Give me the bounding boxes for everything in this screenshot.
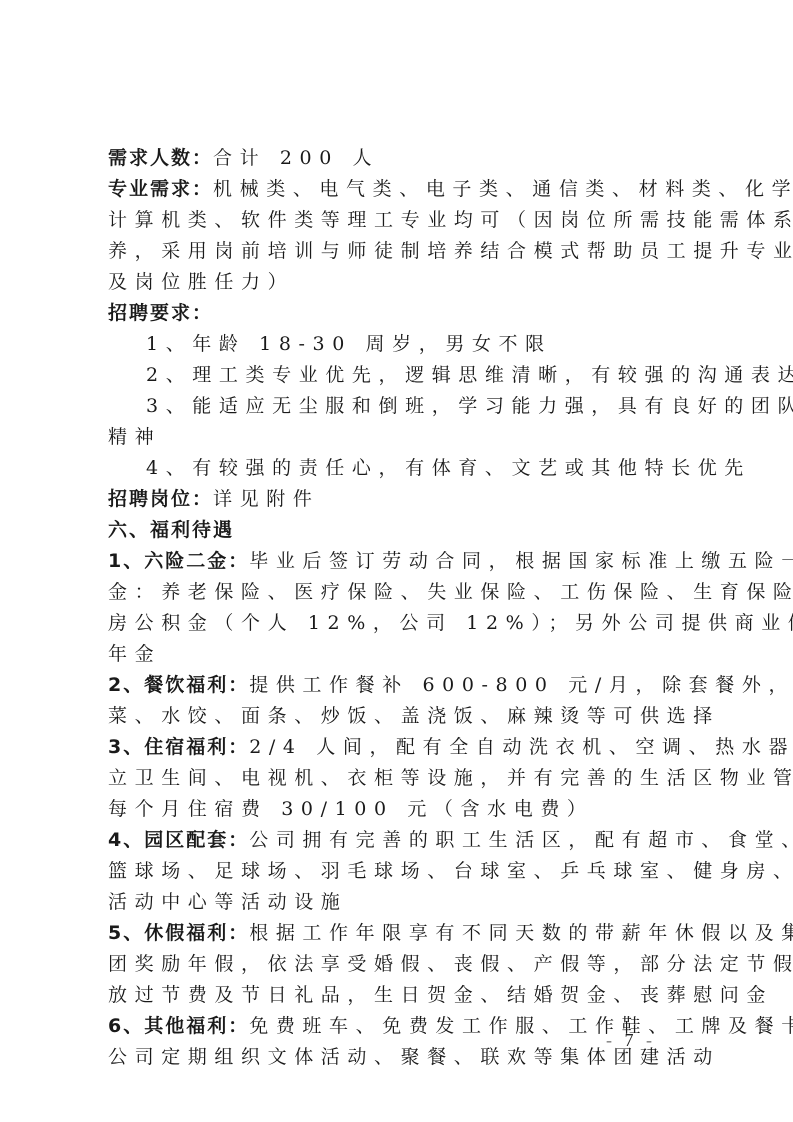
benefit-text-line: 金：养老保险、医疗保险、失业保险、工伤保险、生育保险、住: [108, 577, 700, 608]
benefit-label: 1、六险二金：: [108, 550, 249, 572]
benefit-label: 6、其他福利：: [108, 1015, 249, 1037]
majors-line: 计算机类、软件类等理工专业均可（因岗位所需技能需体系化培: [108, 205, 700, 236]
benefit-text: 根据工作年限享有不同天数的带薪年休假以及集: [249, 922, 793, 944]
benefit-label: 4、园区配套：: [108, 829, 249, 851]
page-number-value: 7: [625, 1030, 638, 1050]
page-number-dash: -: [606, 1030, 616, 1050]
majors-label: 专业需求：: [108, 178, 213, 200]
benefit-label: 2、餐饮福利：: [108, 674, 249, 696]
benefit-text-line: 团奖励年假，依法享受婚假、丧假、产假等，部分法定节假日发: [108, 949, 700, 980]
document-body: 需求人数：合计 200 人 专业需求：机械类、电气类、电子类、通信类、材料类、化…: [108, 143, 700, 1073]
headcount-label: 需求人数：: [108, 147, 213, 169]
requirement-item: 1、年龄 18-30 周岁，男女不限: [108, 329, 700, 360]
benefit-text: 毕业后签订劳动合同，根据国家标准上缴五险一: [249, 550, 793, 572]
benefit-text-line: 菜、水饺、面条、炒饭、盖浇饭、麻辣烫等可供选择: [108, 701, 700, 732]
benefit-text: 2/4 人间，配有全自动洗衣机、空调、热水器、独: [249, 736, 793, 758]
benefit-text-line: 年金: [108, 639, 700, 670]
requirements-label: 招聘要求：: [108, 298, 700, 329]
benefit-text-line: 活动中心等活动设施: [108, 887, 700, 918]
requirement-item-continued: 精神: [108, 422, 700, 453]
benefit-item: 4、园区配套：公司拥有完善的职工生活区，配有超市、食堂、: [108, 825, 700, 856]
benefit-text-line: 立卫生间、电视机、衣柜等设施，并有完善的生活区物业管理，: [108, 763, 700, 794]
requirement-item: 2、理工类专业优先，逻辑思维清晰，有较强的沟通表达能力: [108, 360, 700, 391]
benefit-text: 提供工作餐补 600-800 元/月，除套餐外，有精品: [249, 674, 793, 696]
benefit-label: 3、住宿福利：: [108, 736, 249, 758]
majors-line: 专业需求：机械类、电气类、电子类、通信类、材料类、化学类、: [108, 174, 700, 205]
majors-line: 养，采用岗前培训与师徒制培养结合模式帮助员工提升专业技能: [108, 236, 700, 267]
benefit-item: 3、住宿福利：2/4 人间，配有全自动洗衣机、空调、热水器、独: [108, 732, 700, 763]
positions-line: 招聘岗位：详见附件: [108, 484, 700, 515]
headcount-text: 合计 200 人: [213, 147, 379, 169]
benefit-item: 1、六险二金：毕业后签订劳动合同，根据国家标准上缴五险一: [108, 546, 700, 577]
majors-text: 机械类、电气类、电子类、通信类、材料类、化学类、: [213, 178, 793, 200]
positions-text: 详见附件: [213, 488, 319, 510]
headcount-line: 需求人数：合计 200 人: [108, 143, 700, 174]
benefit-text: 免费班车、免费发工作服、工作鞋、工牌及餐卡，: [249, 1015, 793, 1037]
positions-label: 招聘岗位：: [108, 488, 213, 510]
page-number-dash: -: [646, 1030, 656, 1050]
benefit-text-line: 放过节费及节日礼品，生日贺金、结婚贺金、丧葬慰问金: [108, 980, 700, 1011]
benefit-text-line: 篮球场、足球场、羽毛球场、台球室、乒乓球室、健身房、员工: [108, 856, 700, 887]
benefit-label: 5、休假福利：: [108, 922, 249, 944]
benefit-item: 2、餐饮福利：提供工作餐补 600-800 元/月，除套餐外，有精品: [108, 670, 700, 701]
benefit-text-line: 每个月住宿费 30/100 元（含水电费）: [108, 794, 700, 825]
benefits-heading: 六、福利待遇: [108, 515, 700, 546]
majors-line: 及岗位胜任力）: [108, 267, 700, 298]
requirement-item: 3、能适应无尘服和倒班，学习能力强，具有良好的团队合作: [108, 391, 700, 422]
benefit-item: 5、休假福利：根据工作年限享有不同天数的带薪年休假以及集: [108, 918, 700, 949]
requirement-item: 4、有较强的责任心，有体育、文艺或其他特长优先: [108, 453, 700, 484]
page-number: - 7 -: [606, 1030, 656, 1051]
benefit-text: 公司拥有完善的职工生活区，配有超市、食堂、: [249, 829, 793, 851]
benefit-text-line: 房公积金（个人 12%，公司 12%）；另外公司提供商业保险、企业: [108, 608, 700, 639]
